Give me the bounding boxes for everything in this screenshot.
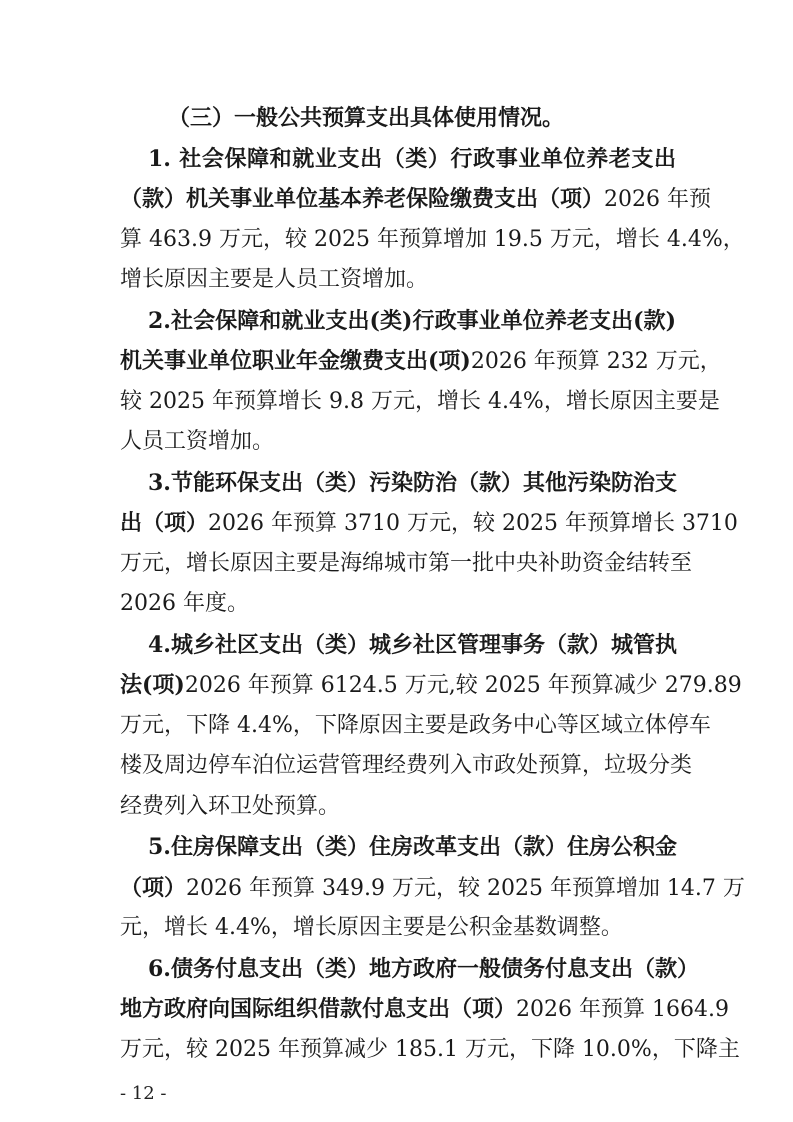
item-3-title: 3.节能环保支出（类）污染防治（款）其他污染防治支 — [148, 470, 677, 496]
item-2-line-3: 较 2025 年预算增长 9.8 万元，增长 4.4%，增长原因主要是 — [120, 382, 676, 422]
item-4-line-3: 万元，下降 4.4%，下降原因主要是政务中心等区域立体停车 — [120, 706, 676, 746]
item-4-title-cont: 法(项) — [120, 672, 185, 698]
item-6-line-3: 万元，较 2025 年预算减少 185.1 万元，下降 10.0%，下降主 — [120, 1030, 676, 1070]
item-6-line-1: 6.债务付息支出（类）地方政府一般债务付息支出（款） — [148, 949, 676, 989]
item-6-line-2: 地方政府向国际组织借款付息支出（项）2026 年预算 1664.9 — [120, 989, 676, 1029]
item-2-title: 2.社会保障和就业支出(类)行政事业单位养老支出(款) — [148, 308, 676, 334]
item-3-line-4: 2026 年度。 — [120, 584, 676, 624]
item-1-line-4: 增长原因主要是人员工资增加。 — [120, 260, 676, 300]
item-2-line-4: 人员工资增加。 — [120, 422, 676, 462]
item-3-title-cont: 出（项） — [120, 510, 208, 536]
item-5-line-1: 5.住房保障支出（类）住房改革支出（款）住房公积金 — [148, 827, 676, 867]
page-number: - 12 - — [120, 1082, 167, 1106]
item-4-text: 万元，下降 4.4%，下降原因主要是政务中心等区域立体停车 — [120, 713, 711, 738]
item-4-line-1: 4.城乡社区支出（类）城乡社区管理事务（款）城管执 — [148, 625, 676, 665]
item-3-line-3: 万元，增长原因主要是海绵城市第一批中央补助资金结转至 — [120, 544, 676, 584]
item-1-line-3: 算 463.9 万元，较 2025 年预算增加 19.5 万元，增长 4.4%， — [120, 220, 676, 260]
item-2-text: 2026 年预算 232 万元， — [471, 349, 722, 374]
item-4-title: 4.城乡社区支出（类）城乡社区管理事务（款）城管执 — [148, 632, 677, 658]
item-4-line-2: 法(项)2026 年预算 6124.5 万元,较 2025 年预算减少 279.… — [120, 665, 676, 705]
item-6-title-cont: 地方政府向国际组织借款付息支出（项） — [120, 996, 516, 1022]
item-1-title: 1. 社会保障和就业支出（类）行政事业单位养老支出 — [148, 146, 676, 172]
item-2-line-2: 机关事业单位职业年金缴费支出(项)2026 年预算 232 万元， — [120, 341, 676, 381]
item-5-line-3: 元，增长 4.4%，增长原因主要是公积金基数调整。 — [120, 908, 676, 948]
item-5-text: 元，增长 4.4%，增长原因主要是公积金基数调整。 — [120, 915, 623, 940]
item-1-text: 增长原因主要是人员工资增加。 — [120, 267, 428, 292]
item-5-title: 5.住房保障支出（类）住房改革支出（款）住房公积金 — [148, 834, 677, 860]
item-4-text: 经费列入环卫处预算。 — [120, 794, 340, 819]
item-2-text: 人员工资增加。 — [120, 429, 274, 454]
item-6-text: 万元，较 2025 年预算减少 185.1 万元，下降 10.0%，下降主 — [120, 1037, 740, 1062]
item-1-text: 算 463.9 万元，较 2025 年预算增加 19.5 万元，增长 4.4%， — [120, 227, 745, 252]
item-3-text: 万元，增长原因主要是海绵城市第一批中央补助资金结转至 — [120, 551, 692, 576]
item-4-text: 楼及周边停车泊位运营管理经费列入市政处预算，垃圾分类 — [120, 753, 692, 778]
item-6-title: 6.债务付息支出（类）地方政府一般债务付息支出（款） — [148, 956, 699, 982]
item-1-line-2: （款）机关事业单位基本养老保险缴费支出（项）2026 年预 — [120, 179, 676, 219]
item-4-line-5: 经费列入环卫处预算。 — [120, 787, 676, 827]
item-2-title-cont: 机关事业单位职业年金缴费支出(项) — [120, 348, 471, 374]
item-6-text: 2026 年预算 1664.9 — [516, 997, 729, 1022]
item-3-line-2: 出（项）2026 年预算 3710 万元，较 2025 年预算增长 3710 — [120, 503, 676, 543]
item-3-text: 2026 年预算 3710 万元，较 2025 年预算增长 3710 — [208, 511, 738, 536]
item-2-line-1: 2.社会保障和就业支出(类)行政事业单位养老支出(款) — [148, 301, 676, 341]
item-3-line-1: 3.节能环保支出（类）污染防治（款）其他污染防治支 — [148, 463, 676, 503]
section-heading: （三）一般公共预算支出具体使用情况。 — [168, 98, 568, 138]
item-5-text: 2026 年预算 349.9 万元，较 2025 年预算增加 14.7 万 — [186, 876, 745, 901]
item-4-text: 2026 年预算 6124.5 万元,较 2025 年预算减少 279.89 — [185, 673, 742, 698]
item-5-line-2: （项）2026 年预算 349.9 万元，较 2025 年预算增加 14.7 万 — [120, 868, 676, 908]
item-5-title-cont: （项） — [120, 875, 186, 901]
item-1-title-cont: （款）机关事业单位基本养老保险缴费支出（项） — [120, 186, 604, 212]
item-1-line-1: 1. 社会保障和就业支出（类）行政事业单位养老支出 — [148, 139, 676, 179]
item-2-text: 较 2025 年预算增长 9.8 万元，增长 4.4%，增长原因主要是 — [120, 389, 720, 414]
item-1-text: 2026 年预 — [604, 187, 711, 212]
item-3-text: 2026 年度。 — [120, 591, 249, 616]
document-page: （三）一般公共预算支出具体使用情况。 1. 社会保障和就业支出（类）行政事业单位… — [0, 0, 793, 1122]
item-4-line-4: 楼及周边停车泊位运营管理经费列入市政处预算，垃圾分类 — [120, 746, 676, 786]
